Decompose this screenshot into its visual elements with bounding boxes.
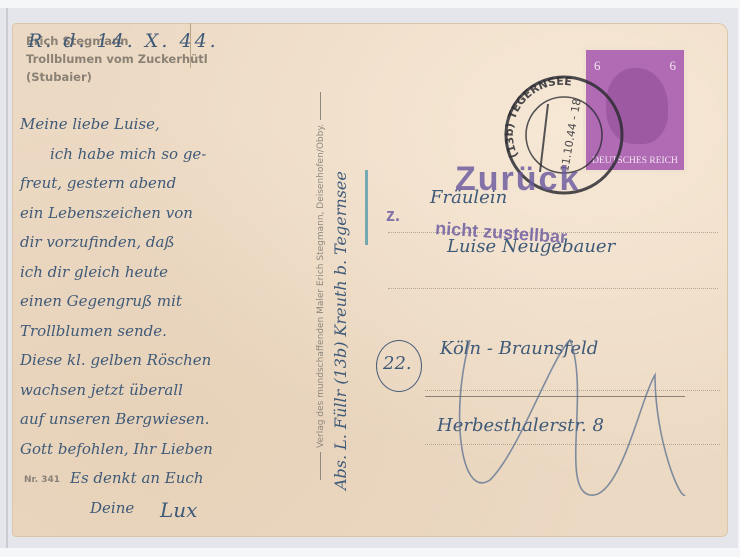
stamp-value-right: 6 [670, 58, 677, 74]
message-line: wachsen jetzt überall [20, 376, 213, 406]
publisher-imprint: Verlag des mundschaffenden Maler Erich S… [316, 92, 326, 480]
message-line: Es denkt an Euch [20, 464, 213, 494]
message-line: Diese kl. gelben Röschen [20, 346, 213, 376]
message-line: ich habe mich so ge- [20, 140, 213, 170]
message-line: einen Gegengruß mit [20, 287, 213, 317]
received-note: R. d. 14. X. 44. [28, 30, 219, 52]
message-line: dir vorzufinden, daß [20, 228, 213, 258]
scan-frame-edge [6, 8, 8, 548]
postal-zone: 22. [383, 353, 412, 374]
postal-zone-circle: 22. [376, 340, 422, 392]
signature: Lux [160, 498, 197, 522]
message-line: Trollblumen sende. [20, 317, 213, 347]
message-line: Gott befohlen, Ihr Lieben [20, 435, 213, 465]
address-guide-2 [388, 288, 718, 289]
cachet-return: Zurück [455, 160, 580, 199]
cancel-scribble-icon [440, 330, 690, 530]
message-line: freut, gestern abend [20, 169, 213, 199]
blue-pencil-mark [365, 170, 368, 245]
message-line: Meine liebe Luise, [20, 110, 213, 140]
message-line: auf unseren Bergwiesen. [20, 405, 213, 435]
message-line: ich dir gleich heute [20, 258, 213, 288]
caption-region: (Stubaier) [26, 68, 208, 86]
caption-title: Trollblumen vom Zuckerhütl [26, 50, 208, 68]
message-line: ein Lebenszeichen von [20, 199, 213, 229]
message-body: Meine liebe Luise,ich habe mich so ge-fr… [20, 110, 213, 523]
cachet-prefix: z. [386, 205, 400, 226]
sender-line: Abs. L. Füllr (13b) Kreuth b. Tegernsee [331, 171, 350, 490]
